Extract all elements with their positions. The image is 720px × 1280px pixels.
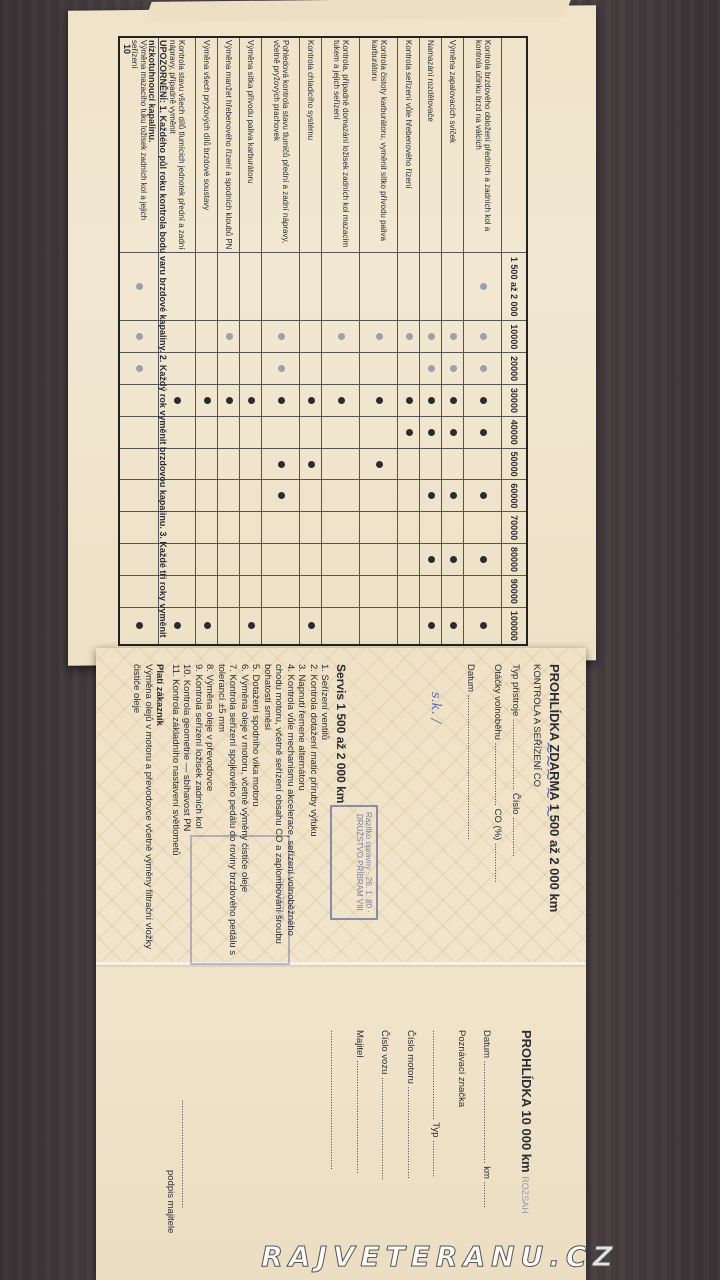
schedule-cell bbox=[196, 416, 218, 448]
dot-mark-icon bbox=[278, 365, 285, 372]
dot-mark-icon bbox=[450, 429, 457, 436]
warning-text: UPOZORNĚNÍ: 1. Každého půl roku kontrola… bbox=[146, 40, 168, 640]
signature-section: ........................................… bbox=[165, 1100, 190, 1260]
schedule-cell bbox=[240, 575, 262, 607]
schedule-cell bbox=[196, 448, 218, 480]
dot-mark-icon bbox=[278, 461, 285, 468]
schedule-cell bbox=[262, 448, 300, 480]
inspection-10000-title: PROHLÍDKA 10 000 km ROZSAH bbox=[519, 1030, 533, 1270]
dot-mark-icon bbox=[308, 397, 315, 404]
handwriting-signature: ~~~ ~ ~ bbox=[539, 741, 558, 818]
service-list: 1. Seřízení ventilů2. Kontrola dotažení … bbox=[170, 664, 331, 964]
dot-mark-icon bbox=[174, 622, 181, 629]
schedule-cell bbox=[218, 512, 240, 544]
km-column-header: 40000 bbox=[502, 416, 528, 448]
dot-mark-icon bbox=[480, 556, 487, 563]
schedule-cell bbox=[398, 353, 420, 385]
blank-line: ........................................… bbox=[328, 1030, 340, 1270]
schedule-cell bbox=[300, 253, 322, 321]
schedule-cell bbox=[322, 544, 360, 576]
km-column-header: 10000 bbox=[502, 321, 528, 353]
dot-mark-icon bbox=[480, 397, 487, 404]
dot-mark-icon bbox=[450, 492, 457, 499]
row-item-label: Kontrola chladicího systému bbox=[300, 37, 322, 253]
schedule-cell bbox=[196, 512, 218, 544]
schedule-cell bbox=[262, 353, 300, 385]
schedule-cell bbox=[398, 544, 420, 576]
dot-mark-icon bbox=[406, 397, 413, 404]
date-field: Datum ..................................… bbox=[465, 664, 477, 964]
schedule-cell bbox=[196, 575, 218, 607]
schedule-cell bbox=[240, 385, 262, 417]
dot-mark-icon bbox=[308, 461, 315, 468]
dot-mark-icon bbox=[136, 333, 143, 340]
schedule-cell bbox=[420, 480, 442, 512]
schedule-cell bbox=[442, 448, 464, 480]
table-row: Výměna zapalovacích svíček bbox=[442, 37, 464, 645]
dot-mark-icon bbox=[428, 333, 435, 340]
schedule-cell bbox=[322, 253, 360, 321]
schedule-cell bbox=[464, 512, 502, 544]
dot-mark-icon bbox=[450, 622, 457, 629]
row-item-label: Výměna sítka přívodu paliva karburátoru bbox=[240, 37, 262, 253]
row-item-label: Kontrola seřízení vůle hřebenového řízen… bbox=[398, 37, 420, 253]
row-item-label: Kontrola čistoty karburátoru, vyměnit sí… bbox=[360, 37, 398, 253]
service-list-item: 10. Kontrola geometrie — sbíhavost PN bbox=[181, 664, 193, 964]
schedule-cell bbox=[262, 253, 300, 321]
km-column-header: 20000 bbox=[502, 353, 528, 385]
service-list-item: 9. Kontrola seřízení ložisek zadních kol bbox=[193, 664, 205, 964]
schedule-cell bbox=[262, 512, 300, 544]
dot-mark-icon bbox=[308, 622, 315, 629]
schedule-cell bbox=[300, 448, 322, 480]
schedule-cell bbox=[218, 416, 240, 448]
schedule-cell bbox=[300, 480, 322, 512]
schedule-cell bbox=[360, 385, 398, 417]
schedule-cell bbox=[398, 448, 420, 480]
service-list-item: 3. Napnutí řemene alternátoru bbox=[296, 664, 308, 964]
schedule-cell bbox=[240, 448, 262, 480]
schedule-cell bbox=[300, 544, 322, 576]
dot-mark-icon bbox=[480, 365, 487, 372]
dot-mark-icon bbox=[428, 556, 435, 563]
dot-mark-icon bbox=[406, 333, 413, 340]
paid-by-customer-label: Platí zákazník bbox=[154, 664, 166, 964]
schedule-cell bbox=[322, 448, 360, 480]
dot-mark-icon bbox=[480, 492, 487, 499]
schedule-cell bbox=[360, 253, 398, 321]
schedule-cell bbox=[398, 385, 420, 417]
dot-mark-icon bbox=[248, 622, 255, 629]
schedule-cell bbox=[218, 253, 240, 321]
schedule-cell bbox=[398, 607, 420, 645]
dot-mark-icon bbox=[480, 333, 487, 340]
schedule-cell bbox=[360, 480, 398, 512]
dot-mark-icon bbox=[428, 365, 435, 372]
schedule-cell bbox=[300, 512, 322, 544]
schedule-cell bbox=[420, 512, 442, 544]
km-column-header: 50000 bbox=[502, 448, 528, 480]
schedule-cell bbox=[464, 385, 502, 417]
schedule-cell bbox=[218, 385, 240, 417]
dot-mark-icon bbox=[450, 365, 457, 372]
schedule-cell bbox=[218, 544, 240, 576]
dot-mark-icon bbox=[248, 397, 255, 404]
dot-mark-icon bbox=[450, 556, 457, 563]
schedule-cell bbox=[196, 321, 218, 353]
schedule-cell bbox=[240, 416, 262, 448]
service-list-item: 1. Seřízení ventilů bbox=[319, 664, 331, 964]
dot-mark-icon bbox=[204, 622, 211, 629]
schedule-cell bbox=[300, 607, 322, 645]
schedule-cell bbox=[322, 575, 360, 607]
row-item-label: Pohledová kontrola stavu tlumičů přední … bbox=[262, 37, 300, 253]
km-column-header: 30000 bbox=[502, 385, 528, 417]
schedule-cell bbox=[262, 480, 300, 512]
schedule-cell bbox=[442, 321, 464, 353]
schedule-cell bbox=[322, 607, 360, 645]
schedule-cell bbox=[360, 321, 398, 353]
schedule-cell bbox=[322, 353, 360, 385]
table-row: Namazání rozdělovače bbox=[420, 37, 442, 645]
row-item-label: Kontrola, případně domazání ložisek zadn… bbox=[322, 37, 360, 253]
dot-mark-icon bbox=[428, 492, 435, 499]
schedule-cell bbox=[322, 385, 360, 417]
schedule-cell bbox=[262, 575, 300, 607]
schedule-cell bbox=[240, 544, 262, 576]
watermark-logo: RAJVETERANU.CZ bbox=[160, 1240, 720, 1276]
schedule-cell bbox=[464, 544, 502, 576]
schedule-cell bbox=[464, 353, 502, 385]
license-plate-field: Poznávací značka bbox=[456, 1030, 468, 1270]
table-row: Výměna sítka přívodu paliva karburátoru bbox=[240, 37, 262, 645]
table-row: Kontrola, případně domazání ložisek zadn… bbox=[322, 37, 360, 645]
km-column-header: 80000 bbox=[502, 544, 528, 576]
dot-mark-icon bbox=[226, 397, 233, 404]
table-row: Kontrola čistoty karburátoru, vyměnit sí… bbox=[360, 37, 398, 645]
row-item-label: Namazání rozdělovače bbox=[420, 37, 442, 253]
dot-mark-icon bbox=[428, 397, 435, 404]
dot-mark-icon bbox=[428, 429, 435, 436]
dot-mark-icon bbox=[480, 283, 487, 290]
dot-mark-icon bbox=[278, 333, 285, 340]
dot-mark-icon bbox=[338, 397, 345, 404]
schedule-cell bbox=[464, 480, 502, 512]
schedule-cell bbox=[300, 575, 322, 607]
idle-rpm-field: Otáčky volnoběhu .......................… bbox=[492, 664, 504, 964]
device-type-field: Typ přístroje ..........................… bbox=[510, 664, 522, 964]
km-column-header: 100000 bbox=[502, 607, 528, 645]
dot-mark-icon bbox=[376, 461, 383, 468]
schedule-cell bbox=[196, 544, 218, 576]
schedule-cell bbox=[420, 416, 442, 448]
service-list-item: 6. Výměna oleje v motoru, včetně výměny … bbox=[239, 664, 251, 964]
schedule-cell bbox=[442, 253, 464, 321]
date-field-10000: Datum ..................................… bbox=[481, 1030, 493, 1270]
schedule-cell bbox=[442, 607, 464, 645]
schedule-cell bbox=[360, 448, 398, 480]
schedule-cell bbox=[240, 480, 262, 512]
schedule-cell bbox=[442, 480, 464, 512]
dot-mark-icon bbox=[278, 397, 285, 404]
schedule-cell bbox=[300, 385, 322, 417]
dot-mark-icon bbox=[136, 365, 143, 372]
schedule-cell bbox=[360, 544, 398, 576]
schedule-cell bbox=[300, 353, 322, 385]
schedule-cell bbox=[464, 321, 502, 353]
dot-mark-icon bbox=[226, 333, 233, 340]
schedule-cell bbox=[262, 607, 300, 645]
engine-number-field: Číslo motoru ...........................… bbox=[405, 1030, 417, 1270]
service-section: Servis 1 500 až 2 000 km 1. Seřízení ven… bbox=[131, 664, 352, 964]
schedule-cell bbox=[218, 448, 240, 480]
handwriting-device: s.k. / bbox=[428, 692, 443, 723]
dot-mark-icon bbox=[450, 333, 457, 340]
owner-field: Majitel ................................… bbox=[354, 1030, 366, 1270]
schedule-cell bbox=[398, 480, 420, 512]
dot-mark-icon bbox=[428, 622, 435, 629]
dot-mark-icon bbox=[450, 397, 457, 404]
km-column-header: 1 500 až 2 000 bbox=[502, 253, 528, 321]
schedule-cell bbox=[420, 385, 442, 417]
signature-label: podpis majitele bbox=[165, 1100, 177, 1260]
schedule-cell bbox=[322, 416, 360, 448]
dot-mark-icon bbox=[278, 492, 285, 499]
service-list-item: 2. Kontrola dotažení matic příruby výfuk… bbox=[308, 664, 320, 964]
dot-mark-icon bbox=[376, 333, 383, 340]
schedule-cell bbox=[420, 575, 442, 607]
schedule-cell bbox=[196, 607, 218, 645]
schedule-cell bbox=[442, 353, 464, 385]
table-row: Výměna manžet hřebenového řízení a spodn… bbox=[218, 37, 240, 645]
row-item-label: Kontrola brzdového obložení předních a z… bbox=[464, 37, 502, 253]
schedule-cell bbox=[262, 321, 300, 353]
table-row: Kontrola brzdového obložení předních a z… bbox=[464, 37, 502, 645]
schedule-cell bbox=[218, 480, 240, 512]
torn-edge bbox=[144, 0, 571, 22]
schedule-cell bbox=[464, 253, 502, 321]
schedule-cell bbox=[420, 321, 442, 353]
schedule-cell bbox=[300, 416, 322, 448]
row-item-label: Výměna zapalovacích svíček bbox=[442, 37, 464, 253]
item-column-header bbox=[502, 37, 528, 253]
schedule-cell bbox=[322, 480, 360, 512]
dot-mark-icon bbox=[136, 622, 143, 629]
schedule-cell bbox=[196, 385, 218, 417]
dot-mark-icon bbox=[376, 397, 383, 404]
schedule-cell bbox=[300, 321, 322, 353]
schedule-cell bbox=[464, 607, 502, 645]
service-list-item: 7. Kontrola seřízení spojkového pedálu d… bbox=[216, 664, 239, 964]
schedule-cell bbox=[322, 321, 360, 353]
schedule-cell bbox=[398, 575, 420, 607]
schedule-cell bbox=[218, 353, 240, 385]
schedule-cell bbox=[420, 353, 442, 385]
schedule-cell bbox=[262, 544, 300, 576]
schedule-cell bbox=[420, 253, 442, 321]
schedule-cell bbox=[240, 353, 262, 385]
schedule-cell bbox=[398, 321, 420, 353]
service-title: Servis 1 500 až 2 000 km bbox=[335, 664, 347, 964]
schedule-cell bbox=[398, 512, 420, 544]
schedule-cell bbox=[442, 512, 464, 544]
km-column-header: 60000 bbox=[502, 480, 528, 512]
km-column-header: 90000 bbox=[502, 575, 528, 607]
dot-mark-icon bbox=[406, 429, 413, 436]
maintenance-schedule-table: 1 500 až 2 00010000200003000040000500006… bbox=[118, 36, 528, 646]
schedule-cell bbox=[360, 512, 398, 544]
service-list-item: 8. Výměna oleje v převodovce bbox=[204, 664, 216, 964]
schedule-cell bbox=[442, 575, 464, 607]
km-column-header: 70000 bbox=[502, 512, 528, 544]
inspection-10000-section: PROHLÍDKA 10 000 km ROZSAH Datum .......… bbox=[328, 1030, 532, 1270]
dot-mark-icon bbox=[174, 397, 181, 404]
schedule-cell bbox=[464, 575, 502, 607]
schedule-cell bbox=[240, 512, 262, 544]
dot-mark-icon bbox=[204, 397, 211, 404]
schedule-cell bbox=[240, 321, 262, 353]
schedule-cell bbox=[218, 575, 240, 607]
schedule-cell bbox=[360, 416, 398, 448]
schedule-cell bbox=[360, 607, 398, 645]
vehicle-number-field: Číslo vozu .............................… bbox=[379, 1030, 391, 1270]
schedule-cell bbox=[420, 448, 442, 480]
schedule-cell bbox=[196, 353, 218, 385]
schedule-cell bbox=[218, 607, 240, 645]
schedule-cell bbox=[442, 416, 464, 448]
dot-mark-icon bbox=[480, 429, 487, 436]
schedule-cell bbox=[262, 385, 300, 417]
schedule-cell bbox=[196, 253, 218, 321]
signature-line: ........................................… bbox=[179, 1100, 191, 1260]
row-item-label: Výměna manžet hřebenového řízení a spodn… bbox=[218, 37, 240, 253]
schedule-cell bbox=[240, 253, 262, 321]
table-row: Kontrola seřízení vůle hřebenového řízen… bbox=[398, 37, 420, 645]
schedule-cell bbox=[442, 385, 464, 417]
service-list-item: 5. Dotažení spodního víka motoru bbox=[250, 664, 262, 964]
paid-by-customer-text: Výměna olejů v motoru a převodovce včetn… bbox=[131, 664, 154, 964]
type-field: .................................. Typ .… bbox=[430, 1030, 442, 1270]
schedule-cell bbox=[398, 253, 420, 321]
schedule-cell bbox=[360, 575, 398, 607]
row-item-label: Výměna všech pryžových dílů brzdové sous… bbox=[196, 37, 218, 253]
table-row: Výměna všech pryžových dílů brzdové sous… bbox=[196, 37, 218, 645]
schedule-cell bbox=[262, 416, 300, 448]
schedule-cell bbox=[464, 448, 502, 480]
service-list-item: 11. Kontrola základního nastavení světlo… bbox=[170, 664, 182, 964]
table-row: Pohledová kontrola stavu tlumičů přední … bbox=[262, 37, 300, 645]
schedule-cell bbox=[464, 416, 502, 448]
schedule-cell bbox=[240, 607, 262, 645]
schedule-cell bbox=[442, 544, 464, 576]
service-list-item: 4. Kontrola vůle mechanismu akcelerace, … bbox=[262, 664, 297, 964]
schedule-cell bbox=[398, 416, 420, 448]
schedule-cell bbox=[360, 353, 398, 385]
dot-mark-icon bbox=[136, 283, 143, 290]
table-row: Kontrola chladicího systému bbox=[300, 37, 322, 645]
schedule-cell bbox=[322, 512, 360, 544]
schedule-cell bbox=[420, 544, 442, 576]
schedule-cell bbox=[218, 321, 240, 353]
schedule-cell bbox=[420, 607, 442, 645]
page-number-left: 10 bbox=[122, 44, 132, 54]
dot-mark-icon bbox=[480, 622, 487, 629]
dot-mark-icon bbox=[338, 333, 345, 340]
schedule-cell bbox=[196, 480, 218, 512]
